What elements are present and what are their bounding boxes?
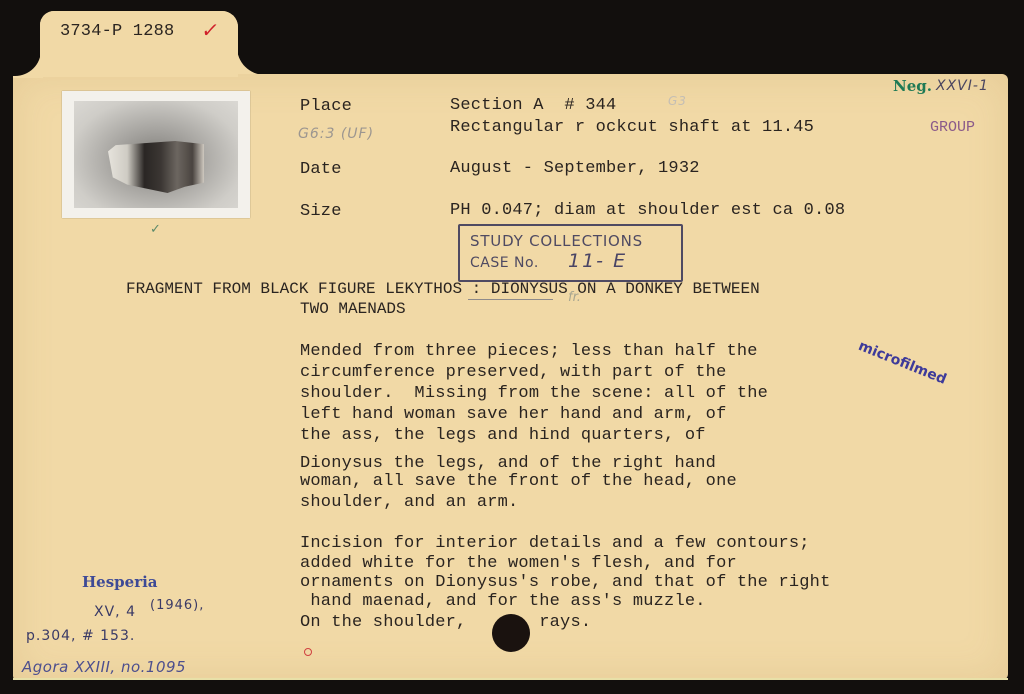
stamp-title: STUDY COLLECTIONS bbox=[470, 232, 643, 250]
stamp-case-label: CASE No. bbox=[470, 255, 539, 271]
agora-reference: Agora XXIII, no.1095 bbox=[22, 658, 186, 676]
hesperia-stamp: Hesperia bbox=[82, 573, 158, 591]
place-value-location: Rectangular r ockcut shaft at 11.45 bbox=[450, 118, 814, 137]
pencil-note-fr: fr. bbox=[568, 290, 581, 305]
study-collections-stamp: STUDY COLLECTIONS CASE No. 11- E bbox=[458, 224, 683, 282]
technique-line: added white for the women's flesh, and f… bbox=[300, 553, 737, 574]
red-mark bbox=[304, 648, 312, 656]
hesperia-volume: XV, 4 bbox=[94, 604, 136, 620]
hesperia-page: p.304, # 153. bbox=[26, 628, 135, 644]
case-number: 11- E bbox=[568, 250, 627, 272]
lekythos-fragment-image bbox=[108, 141, 204, 193]
place-value-section: Section A # 344 bbox=[450, 96, 616, 115]
description-line: Mended from three pieces; less than half… bbox=[300, 341, 758, 362]
group-label: GROUP bbox=[930, 119, 975, 136]
place-label: Place bbox=[300, 97, 352, 116]
object-title-cont: TWO MAENADS bbox=[300, 300, 406, 318]
hesperia-year: (1946), bbox=[150, 598, 204, 613]
pencil-underline bbox=[468, 299, 553, 300]
technique-line: On the shoulder, rays. bbox=[300, 612, 591, 633]
date-value: August - September, 1932 bbox=[450, 159, 700, 178]
size-value: PH 0.047; diam at shoulder est ca 0.08 bbox=[450, 201, 845, 220]
technique-line: Incision for interior details and a few … bbox=[300, 533, 810, 554]
negative-stamp: Neg. bbox=[893, 77, 932, 95]
check-mark-icon: ✓ bbox=[150, 222, 161, 237]
artifact-photo bbox=[62, 91, 250, 218]
description-line: shoulder, and an arm. bbox=[300, 492, 518, 513]
description-line: the ass, the legs and hind quarters, of bbox=[300, 425, 706, 446]
place-pencil-note: G6:3 (UF) bbox=[298, 126, 374, 142]
negative-number: XXVI-1 bbox=[936, 78, 989, 94]
description-line: woman, all save the front of the head, o… bbox=[300, 471, 737, 492]
technique-line: hand maenad, and for the ass's muzzle. bbox=[300, 591, 706, 612]
technique-line: ornaments on Dionysus's robe, and that o… bbox=[300, 572, 831, 593]
description-line: circumference preserved, with part of th… bbox=[300, 362, 726, 383]
inventory-number: 3734-P 1288 bbox=[60, 22, 174, 41]
object-title: FRAGMENT FROM BLACK FIGURE LEKYTHOS : DI… bbox=[126, 280, 760, 298]
description-line: left hand woman save her hand and arm, o… bbox=[300, 404, 726, 425]
punch-hole bbox=[492, 614, 530, 652]
photo-image bbox=[74, 101, 238, 208]
description-line: shoulder. Missing from the scene: all of… bbox=[300, 383, 768, 404]
date-label: Date bbox=[300, 160, 342, 179]
size-label: Size bbox=[300, 202, 342, 221]
place-pencil-mark: G3 bbox=[668, 94, 687, 108]
